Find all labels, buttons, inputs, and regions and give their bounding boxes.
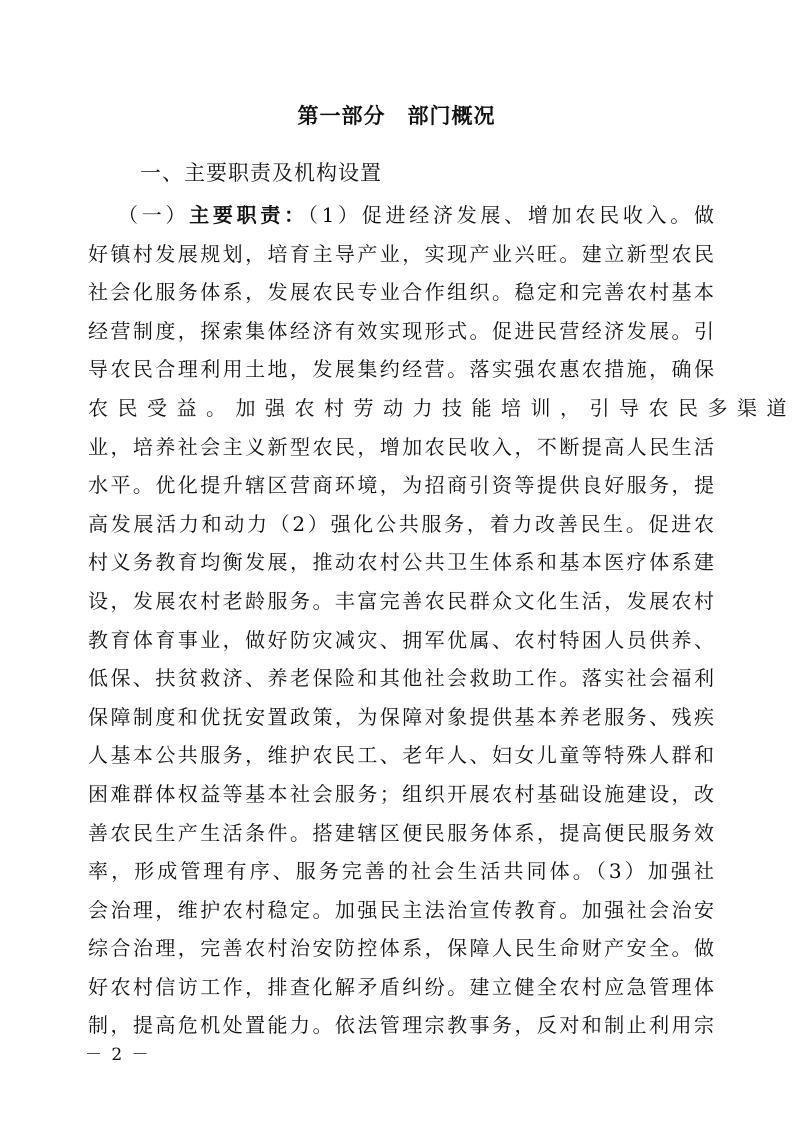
paragraph-line: 经营制度，探索集体经济有效实现形式。促进民营经济发展。引 <box>88 312 714 351</box>
paragraph-line: 保障制度和优抚安置政策，为保障对象提供基本养老服务、残疾 <box>88 698 714 737</box>
paragraph-line: 好农村信访工作，排查化解矛盾纠纷。建立健全农村应急管理体 <box>88 968 714 1007</box>
paragraph-line: 水平。优化提升辖区营商环境，为招商引资等提供良好服务，提 <box>88 466 714 505</box>
paragraph-line: 低保、扶贫救济、养老保险和其他社会救助工作。落实社会福利 <box>88 659 714 698</box>
paragraph-line: 社会化服务体系，发展农民专业合作组织。稳定和完善农村基本 <box>88 273 714 312</box>
paragraph-line: 综合治理，完善农村治安防控体系，保障人民生命财产安全。做 <box>88 929 714 968</box>
paragraph-line: 设，发展农村老龄服务。丰富完善农民群众文化生活，发展农村 <box>88 582 714 621</box>
paragraph-line: 农民受益。加强农村劳动力技能培训，引导农民多渠道转移就 <box>88 389 714 428</box>
paragraph-line: 村义务教育均衡发展，推动农村公共卫生体系和基本医疗体系建 <box>88 543 714 582</box>
page-number: － 2 － <box>85 1040 151 1065</box>
paragraph-line: 会治理，维护农村稳定。加强民主法治宣传教育。加强社会治安 <box>88 891 714 930</box>
paragraph-line: 率，形成管理有序、服务完善的社会生活共同体。（3）加强社 <box>88 852 714 891</box>
paragraph-line: 好镇村发展规划，培育主导产业，实现产业兴旺。建立新型农民 <box>88 235 714 274</box>
paragraph-line: 困难群体权益等基本社会服务；组织开展农村基础设施建设，改 <box>88 775 714 814</box>
subsection-label: （一） <box>118 203 189 227</box>
paragraph-line: 导农民合理利用土地，发展集约经营。落实强农惠农措施，确保 <box>88 350 714 389</box>
line-text: （1）促进经济发展、增加农民收入。做 <box>308 203 714 227</box>
paragraph-line: 人基本公共服务，维护农民工、老年人、妇女儿童等特殊人群和 <box>88 736 714 775</box>
paragraph-line: 高发展活力和动力（2）强化公共服务，着力改善民生。促进农 <box>88 505 714 544</box>
paragraph-line: （一）主要职责：（1）促进经济发展、增加农民收入。做 <box>88 196 714 235</box>
paragraph-line: 善农民生产生活条件。搭建辖区便民服务体系，提高便民服务效 <box>88 814 714 853</box>
paragraph-line: 制，提高危机处置能力。依法管理宗教事务，反对和制止利用宗 <box>88 1006 714 1045</box>
section-heading: 一、主要职责及机构设置 <box>140 158 382 188</box>
page-title: 第一部分 部门概况 <box>0 101 793 131</box>
subsection-title: 主要职责： <box>189 203 308 227</box>
paragraph-line: 业，培养社会主义新型农民，增加农民收入，不断提高人民生活 <box>88 428 714 467</box>
body-text: （一）主要职责：（1）促进经济发展、增加农民收入。做 好镇村发展规划，培育主导产… <box>88 196 714 1045</box>
paragraph-line: 教育体育事业，做好防灾减灾、拥军优属、农村特困人员供养、 <box>88 621 714 660</box>
